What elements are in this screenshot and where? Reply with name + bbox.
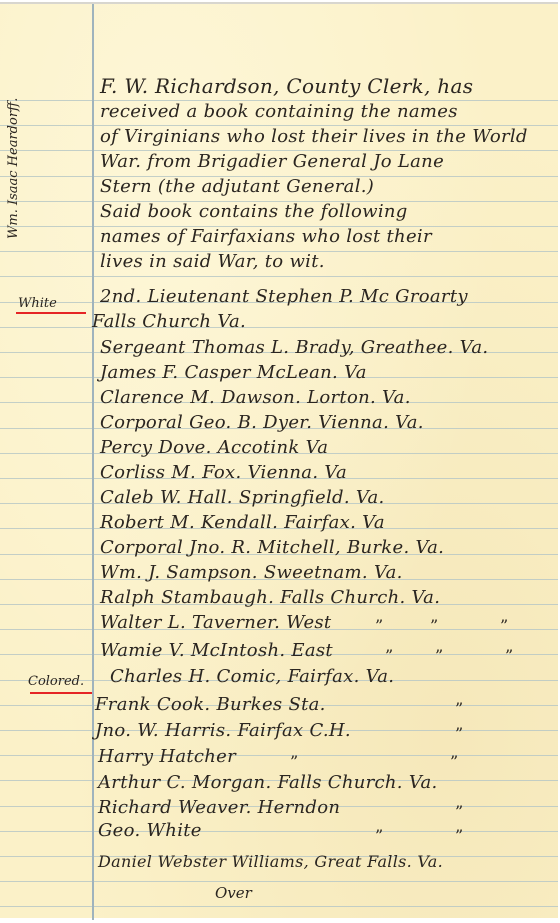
ditto-mark: ”: [430, 616, 438, 635]
intro-line: of Virginians who lost their lives in th…: [100, 126, 528, 147]
ditto-mark: ”: [385, 646, 393, 665]
entry-line: Daniel Webster Williams, Great Falls. Va…: [98, 852, 443, 871]
ditto-mark: ”: [455, 826, 463, 845]
ruled-line: [0, 831, 558, 832]
intro-line: F. W. Richardson, County Clerk, has: [100, 74, 473, 98]
entry-line: Frank Cook. Burkes Sta.: [95, 694, 326, 715]
entry-line: Caleb W. Hall. Springfield. Va.: [100, 487, 385, 508]
intro-line: Said book contains the following: [100, 201, 408, 222]
red-underline-colored: [30, 692, 92, 694]
entry-line: 2nd. Lieutenant Stephen P. Mc Groarty: [100, 286, 468, 307]
ruled-line: [0, 755, 558, 756]
side-note-signature: Wm. Isaac Heardorff.: [6, 98, 21, 239]
red-underline-white: [16, 312, 86, 314]
ditto-mark: ”: [505, 646, 513, 665]
intro-line: War. from Brigadier General Jo Lane: [100, 151, 444, 172]
entry-line: Charles H. Comic, Fairfax. Va.: [110, 666, 394, 687]
intro-line: Stern (the adjutant General.): [100, 176, 374, 197]
intro-line: lives in said War, to wit.: [100, 251, 325, 272]
entry-line: Harry Hatcher: [98, 746, 236, 767]
ditto-mark: ”: [435, 646, 443, 665]
entry-line: Wamie V. McIntosh. East: [100, 640, 333, 661]
entry-line: Geo. White: [98, 820, 202, 841]
ditto-mark: ”: [455, 699, 463, 718]
entry-line: Wm. J. Sampson. Sweetnam. Va.: [100, 562, 403, 583]
intro-line: received a book containing the names: [100, 101, 458, 122]
entry-line: Ralph Stambaugh. Falls Church. Va.: [100, 587, 440, 608]
entry-line: Arthur C. Morgan. Falls Church. Va.: [98, 772, 438, 793]
entry-line: Jno. W. Harris. Fairfax C.H.: [95, 720, 351, 741]
ditto-mark: ”: [500, 616, 508, 635]
entry-line: Richard Weaver. Herndon: [98, 797, 340, 818]
ditto-mark: ”: [450, 752, 458, 771]
ditto-mark: ”: [455, 802, 463, 821]
entry-line: Corliss M. Fox. Vienna. Va: [100, 462, 347, 483]
ditto-mark: ”: [455, 724, 463, 743]
footer-over: Over: [215, 884, 252, 902]
ruled-line: [0, 276, 558, 277]
entry-line: Robert M. Kendall. Fairfax. Va: [100, 512, 385, 533]
entry-line: Falls Church Va.: [92, 311, 246, 332]
ruled-line: [0, 327, 558, 328]
entry-line: Clarence M. Dawson. Lorton. Va.: [100, 387, 411, 408]
margin-line: [92, 4, 94, 920]
margin-label-colored: Colored.: [28, 674, 84, 689]
entry-line: Percy Dove. Accotink Va: [100, 437, 328, 458]
lined-paper-page: Wm. Isaac Heardorff. F. W. Richardson, C…: [0, 2, 558, 918]
margin-label-white: White: [18, 296, 57, 311]
ruled-line: [0, 881, 558, 882]
intro-line: names of Fairfaxians who lost their: [100, 226, 432, 247]
entry-line: James F. Casper McLean. Va: [100, 362, 367, 383]
ditto-mark: ”: [290, 752, 298, 771]
entry-line: Sergeant Thomas L. Brady, Greathee. Va.: [100, 337, 488, 358]
ditto-mark: ”: [375, 826, 383, 845]
ditto-mark: ”: [375, 616, 383, 635]
entry-line: Walter L. Taverner. West: [100, 612, 331, 633]
ruled-line: [0, 906, 558, 907]
entry-line: Corporal Geo. B. Dyer. Vienna. Va.: [100, 412, 424, 433]
entry-line: Corporal Jno. R. Mitchell, Burke. Va.: [100, 537, 444, 558]
